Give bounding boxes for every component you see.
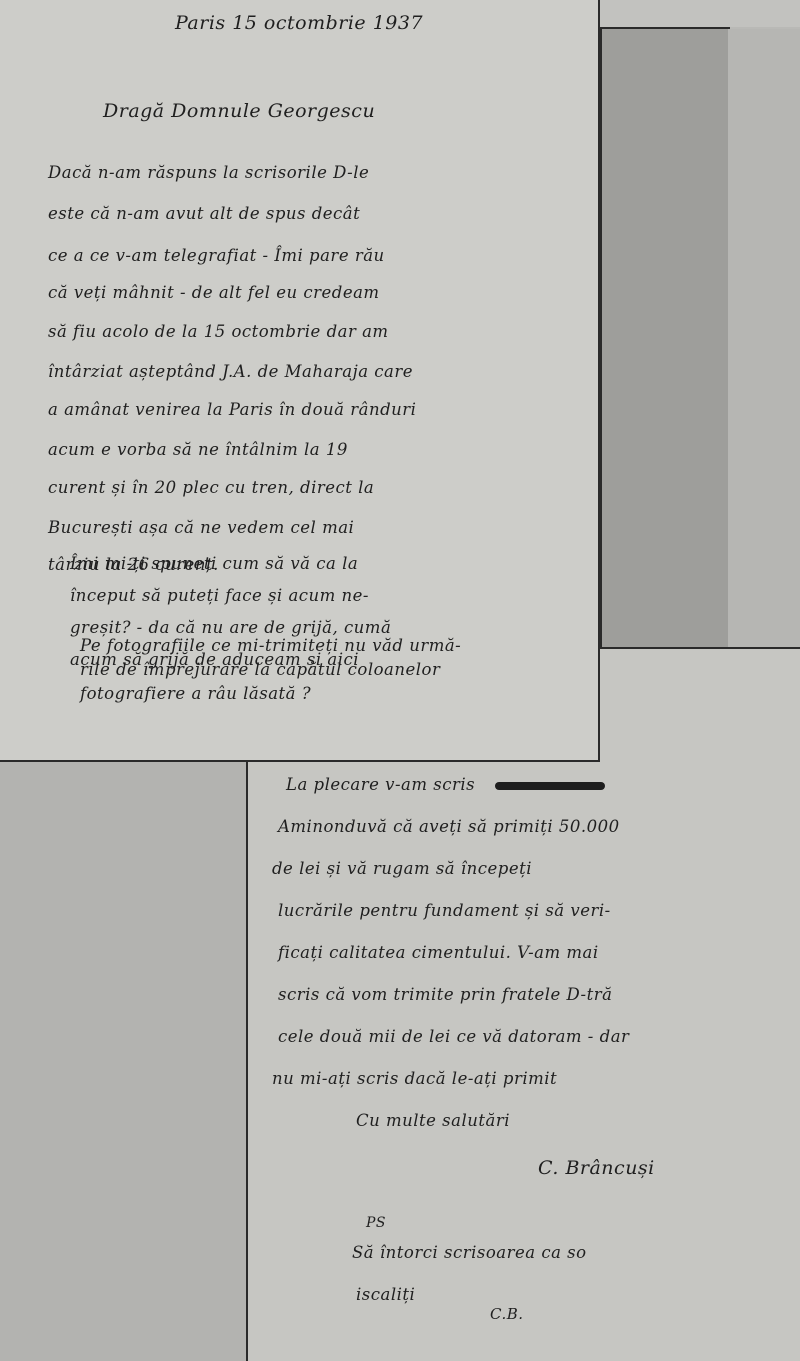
page-two-line: nu mi-ați scris dacă le-ați primit bbox=[272, 1069, 557, 1088]
letter-line: București așa că ne vedem cel mai bbox=[48, 518, 354, 537]
postscript-line: iscaliți bbox=[356, 1285, 415, 1304]
letter-date: Paris 15 octombrie 1937 bbox=[175, 12, 423, 34]
page-two-line: de lei și vă rugam să începeți bbox=[272, 859, 532, 878]
letter-line: fotografiere a râu lăsată ? bbox=[80, 684, 311, 703]
background-lower-left bbox=[0, 762, 246, 1361]
letter-line: ce a ce v-am telegrafiat - Îmi pare rău bbox=[48, 246, 385, 265]
background-dark-panel bbox=[600, 27, 730, 649]
letter-line: început să puteți face și acum ne- bbox=[70, 586, 369, 605]
signature: C. Brâncuși bbox=[538, 1157, 655, 1179]
letter-line: curent și în 20 plec cu tren, direct la bbox=[48, 478, 374, 497]
letter-line: Îmi mi-ți spuneți cum să vă ca la bbox=[70, 554, 358, 573]
postscript-line: Să întorci scrisoarea ca so bbox=[352, 1243, 587, 1262]
page-two-line: ficați calitatea cimentului. V-am mai bbox=[278, 943, 599, 962]
letter-page-one: Paris 15 octombrie 1937 Dragă Domnule Ge… bbox=[0, 0, 600, 762]
letter-line: este că n-am avut alt de spus decât bbox=[48, 204, 360, 223]
letter-line: că veți mâhnit - de alt fel eu credeam bbox=[48, 283, 380, 302]
postscript-label: PS bbox=[366, 1215, 386, 1231]
page-two-line: lucrările pentru fundament și să veri- bbox=[278, 901, 611, 920]
letter-line: Pe fotografiile ce mi-trimiteți nu văd u… bbox=[80, 636, 461, 655]
letter-line: să fiu acolo de la 15 octombrie dar am bbox=[48, 322, 389, 341]
page-two-line: Aminonduvă că aveți să primiți 50.000 bbox=[278, 817, 620, 836]
background-light-panel bbox=[728, 29, 800, 647]
letter-line: rile de împrejurare la capătul coloanelo… bbox=[80, 660, 440, 679]
letter-line: întârziat așteptând J.A. de Maharaja car… bbox=[48, 362, 413, 381]
letter-line: a amânat venirea la Paris în două rândur… bbox=[48, 400, 416, 419]
page-two-line: scris că vom trimite prin fratele D-tră bbox=[278, 985, 613, 1004]
page-two-line: La plecare v-am scris bbox=[286, 775, 605, 794]
letter-line: Dacă n-am răspuns la scrisorile D-le bbox=[48, 163, 369, 182]
initials: C.B. bbox=[490, 1305, 524, 1323]
background-strip-top bbox=[600, 0, 800, 27]
letter-salutation: Dragă Domnule Georgescu bbox=[103, 100, 375, 122]
page-two-line: cele două mii de lei ce vă datoram - dar bbox=[278, 1027, 629, 1046]
letter-line: acum e vorba să ne întâlnim la 19 bbox=[48, 440, 348, 459]
closing-line: Cu multe salutări bbox=[356, 1111, 510, 1130]
redacted-scribble bbox=[495, 782, 605, 790]
letter-line: greșit? - da că nu are de grijă, cumă bbox=[70, 618, 391, 637]
